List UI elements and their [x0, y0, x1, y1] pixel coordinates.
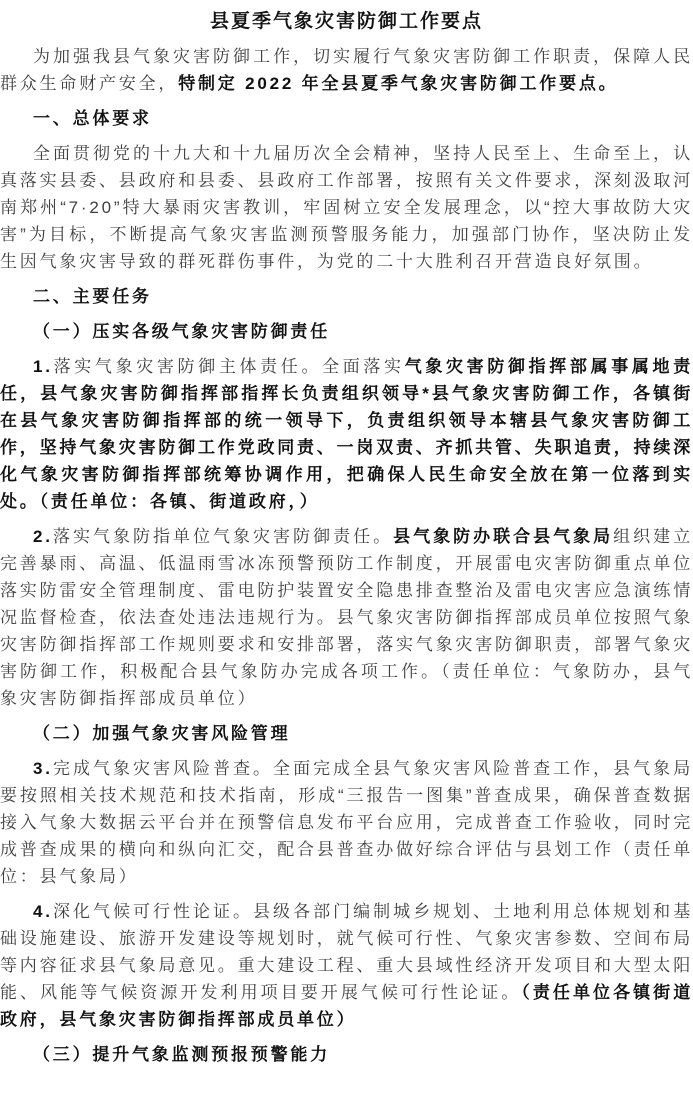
- paragraph: 为加强我县气象灾害防御工作，切实履行气象灾害防御工作职责，保障人民群众生命财产安…: [0, 43, 693, 97]
- paragraph: 2.落实气象防指单位气象灾害防御责任。县气象防办联合县气象局组织建立完善暴雨、高…: [0, 523, 693, 712]
- bold-text-run: 一、总体要求: [33, 109, 152, 128]
- paragraph: 4.深化气候可行性论证。县级各部门编制城乡规划、土地利用总体规划和基础设施建设、…: [0, 898, 693, 1033]
- bold-text-run: 特制定 2022 年全县夏季气象灾害防御工作要点。: [178, 74, 618, 93]
- paragraph: 3.完成气象灾害风险普查。全面完成全县气象灾害风险普查工作，县气象局要按照相关技…: [0, 755, 693, 890]
- text-run: 组织建立完善暴雨、高温、低温雨雪冰冻预警预防工作制度，开展雷电灾害防御重点单位落…: [0, 527, 693, 708]
- section-heading: （二）加强气象灾害风险管理: [0, 720, 693, 747]
- text-run: 落实气象防指单位气象灾害防御责任。: [53, 527, 393, 546]
- text-run: 落实气象灾害防御主体责任。全面落实: [53, 357, 405, 376]
- bold-text-run: （二）加强气象灾害风险管理: [33, 724, 290, 743]
- section-heading: 二、主要任务: [0, 283, 693, 310]
- bold-text-run: 二、主要任务: [33, 287, 152, 306]
- bold-text-run: 气象灾害防御指挥部属事属地责任，县气象灾害防御指挥部指挥长负责组织领导*县气象灾…: [0, 357, 693, 511]
- section-heading: 一、总体要求: [0, 105, 693, 132]
- bold-text-run: 县气象防办联合县气象局: [393, 527, 613, 546]
- document-title: 县夏季气象灾害防御工作要点: [0, 8, 693, 35]
- bold-text-run: 1.: [33, 357, 53, 376]
- paragraph: 1.落实气象灾害防御主体责任。全面落实气象灾害防御指挥部属事属地责任，县气象灾害…: [0, 353, 693, 515]
- document-body: 为加强我县气象灾害防御工作，切实履行气象灾害防御工作职责，保障人民群众生命财产安…: [0, 43, 693, 1068]
- bold-text-run: （一）压实各级气象灾害防御责任: [33, 322, 330, 341]
- document-page: 县夏季气象灾害防御工作要点 为加强我县气象灾害防御工作，切实履行气象灾害防御工作…: [0, 0, 693, 1068]
- text-run: 完成气象灾害风险普查。全面完成全县气象灾害风险普查工作，县气象局要按照相关技术规…: [0, 759, 693, 886]
- bold-text-run: 2.: [33, 527, 53, 546]
- paragraph: 全面贯彻党的十九大和十九届历次全会精神，坚持人民至上、生命至上，认真落实县委、县…: [0, 140, 693, 275]
- section-heading: （一）压实各级气象灾害防御责任: [0, 318, 693, 345]
- bold-text-run: 4.: [33, 902, 53, 921]
- section-heading: （三）提升气象监测预报预警能力: [0, 1041, 693, 1068]
- bold-text-run: （三）提升气象监测预报预警能力: [33, 1045, 330, 1064]
- bold-text-run: 3.: [33, 759, 53, 778]
- text-run: 全面贯彻党的十九大和十九届历次全会精神，坚持人民至上、生命至上，认真落实县委、县…: [0, 144, 693, 271]
